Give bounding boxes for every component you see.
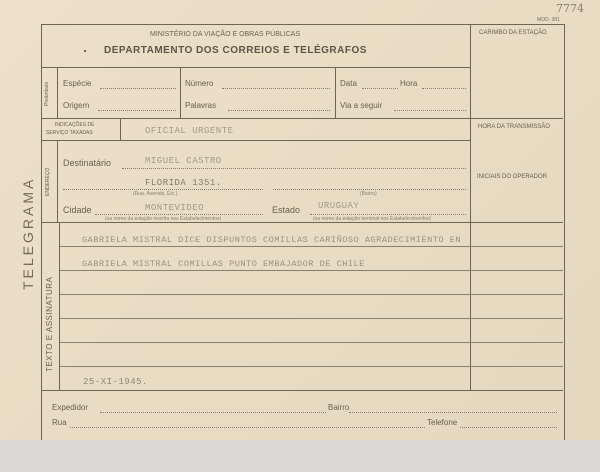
hora-field[interactable] bbox=[422, 88, 466, 89]
station-stamp-label: CARIMBO DA ESTAÇÃO bbox=[479, 30, 547, 36]
estado-label: Estado bbox=[272, 205, 300, 215]
message-line-1: GABRIELA MISTRAL DICE DISPUNTOS COMILLAS… bbox=[82, 235, 461, 245]
street-field[interactable] bbox=[63, 189, 263, 190]
origem-label: Origem bbox=[63, 101, 89, 110]
telefone-field[interactable] bbox=[460, 427, 557, 428]
message-line-2: GABRIELA MISTRAL COMILLAS PUNTO EMBAJADO… bbox=[82, 259, 365, 269]
ministry-name: MINISTÉRIO DA VIAÇÃO E OBRAS PÚBLICAS bbox=[150, 31, 300, 38]
bairro-label: Bairro bbox=[328, 403, 349, 412]
bairro-hint: (Bairro) bbox=[360, 191, 377, 197]
expedidor-field[interactable] bbox=[100, 412, 326, 413]
cidade-value: MONTEVIDEO bbox=[145, 203, 204, 213]
message-side-divider bbox=[59, 222, 60, 390]
palavras-field[interactable] bbox=[228, 110, 330, 111]
street-value: FLORIDA 1351. bbox=[145, 178, 222, 188]
serial-number: 7774 bbox=[556, 2, 584, 15]
data-label: Data bbox=[340, 79, 357, 88]
palavras-label: Palavras bbox=[185, 101, 216, 110]
bullet bbox=[84, 50, 86, 52]
numero-label: Número bbox=[185, 79, 213, 88]
service-value: OFICIAL URGENTE bbox=[145, 126, 234, 136]
message-rule-4 bbox=[60, 318, 563, 319]
stamp-column-divider bbox=[470, 24, 471, 391]
service-label-divider bbox=[120, 118, 121, 140]
telefone-label: Telefone bbox=[427, 418, 457, 427]
telegram-form: 7774 MOD. 381 TELEGRAMA MINISTÉRIO DA VI… bbox=[0, 0, 600, 440]
service-label-2: SERVIÇO TAXADAS bbox=[46, 130, 93, 136]
numero-field[interactable] bbox=[222, 88, 330, 89]
address-bottom bbox=[41, 222, 563, 223]
service-bottom bbox=[41, 140, 470, 141]
message-rule-2 bbox=[60, 270, 563, 271]
department-name: DEPARTAMENTO DOS CORREIOS E TELÉGRAFOS bbox=[104, 45, 367, 56]
preamble-col-divider-1 bbox=[180, 67, 181, 118]
service-label-1: INDICAÇÕES DE bbox=[55, 122, 94, 128]
scan-background bbox=[0, 440, 600, 472]
destinatario-field[interactable] bbox=[122, 168, 466, 169]
message-side-label: TEXTO E ASSINATURA bbox=[45, 277, 54, 372]
via-field[interactable] bbox=[394, 110, 466, 111]
estado-value: URUGUAY bbox=[318, 201, 359, 211]
street-hint: (Rua, Avenida, Etc.) bbox=[133, 191, 177, 197]
message-rule-6 bbox=[60, 366, 563, 367]
expedidor-label: Expedidor bbox=[52, 403, 88, 412]
via-label: Via a seguir bbox=[340, 101, 382, 110]
hora-label: Hora bbox=[400, 79, 417, 88]
preamble-side-divider bbox=[57, 67, 58, 118]
destinatario-value: MIGUEL CASTRO bbox=[145, 156, 222, 166]
footer-bairro-field[interactable] bbox=[349, 412, 557, 413]
message-rule-1 bbox=[60, 246, 563, 247]
rua-field[interactable] bbox=[70, 427, 425, 428]
operator-initials-label: INICIAIS DO OPERADOR bbox=[477, 174, 547, 180]
rua-label: Rua bbox=[52, 418, 67, 427]
cidade-field[interactable] bbox=[95, 214, 263, 215]
origem-field[interactable] bbox=[98, 110, 176, 111]
preamble-col-divider-2 bbox=[335, 67, 336, 118]
address-side-label: ENDEREÇO bbox=[45, 168, 51, 196]
telegram-title: TELEGRAMA bbox=[20, 177, 36, 290]
cidade-label: Cidade bbox=[63, 205, 92, 215]
message-rule-5 bbox=[60, 342, 563, 343]
preamble-side-label: Preâmbulo bbox=[44, 82, 50, 106]
bairro-field[interactable] bbox=[273, 189, 466, 190]
especie-field[interactable] bbox=[100, 88, 176, 89]
model-number: MOD. 381 bbox=[537, 17, 560, 23]
data-field[interactable] bbox=[362, 88, 398, 89]
message-rule-3 bbox=[60, 294, 563, 295]
destinatario-label: Destinatário bbox=[63, 158, 111, 168]
header-divider bbox=[41, 67, 470, 68]
message-bottom bbox=[41, 390, 563, 391]
message-date: 25-XI-1945. bbox=[83, 377, 148, 387]
especie-label: Espécie bbox=[63, 79, 91, 88]
address-side-divider bbox=[57, 140, 58, 222]
estado-field[interactable] bbox=[310, 214, 466, 215]
transmission-time-label: HORA DA TRANSMISSÃO bbox=[478, 124, 550, 130]
